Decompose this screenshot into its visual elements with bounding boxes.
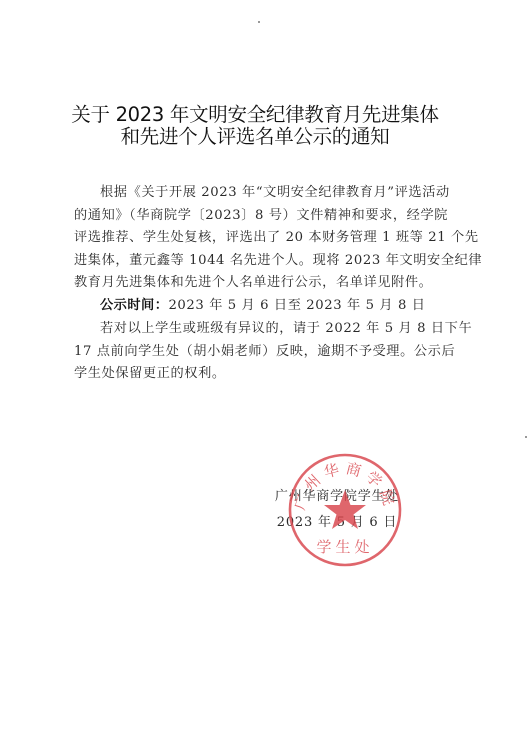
signature-block: 广州华商学院学生处 2023 年 5 月 6 日 bbox=[262, 484, 412, 536]
paragraph-line: 根据《关于开展 2023 年“文明安全纪律教育月”评选活动 bbox=[74, 182, 438, 205]
paragraph-line: 学生处保留更正的权利。 bbox=[74, 363, 438, 386]
paragraph-line: 的通知》（华商院学〔2023〕8 号）文件精神和要求，经学院 bbox=[74, 205, 438, 228]
scan-speck bbox=[258, 21, 260, 23]
publicity-period-value: 2023 年 5 月 6 日至 2023 年 5 月 8 日 bbox=[168, 298, 425, 313]
publicity-period-label: 公示时间： bbox=[100, 298, 168, 313]
signature-date: 2023 年 5 月 6 日 bbox=[262, 510, 412, 536]
title-line-2: 和先进个人评选名单公示的通知 bbox=[60, 126, 450, 148]
paragraph-announcement: 根据《关于开展 2023 年“文明安全纪律教育月”评选活动 的通知》（华商院学〔… bbox=[74, 182, 438, 295]
document-title: 关于 2023 年文明安全纪律教育月先进集体 和先进个人评选名单公示的通知 bbox=[60, 104, 450, 148]
title-line-1: 关于 2023 年文明安全纪律教育月先进集体 bbox=[60, 104, 450, 126]
paragraph-line: 教育月先进集体和先进个人名单进行公示，名单详见附件。 bbox=[74, 272, 438, 295]
paragraph-line: 评选推荐、学生处复核，评选出了 20 本财务管理 1 班等 21 个先 bbox=[74, 227, 438, 250]
paragraph-objection: 若对以上学生或班级有异议的，请于 2022 年 5 月 8 日下午 17 点前向… bbox=[74, 318, 438, 386]
paragraph-line: 进集体，董元鑫等 1044 名先进个人。现将 2023 年文明安全纪律 bbox=[74, 250, 438, 273]
paragraph-line: 17 点前向学生处（胡小娟老师）反映，逾期不予受理。公示后 bbox=[74, 341, 438, 364]
publicity-period: 公示时间：2023 年 5 月 6 日至 2023 年 5 月 8 日 bbox=[74, 295, 438, 318]
paragraph-line: 若对以上学生或班级有异议的，请于 2022 年 5 月 8 日下午 bbox=[74, 318, 438, 341]
document-page: 关于 2023 年文明安全纪律教育月先进集体 和先进个人评选名单公示的通知 根据… bbox=[0, 0, 531, 729]
scan-speck bbox=[525, 436, 527, 438]
seal-bottom-text: 学生处 bbox=[316, 538, 373, 556]
signature-organization: 广州华商学院学生处 bbox=[262, 484, 412, 510]
